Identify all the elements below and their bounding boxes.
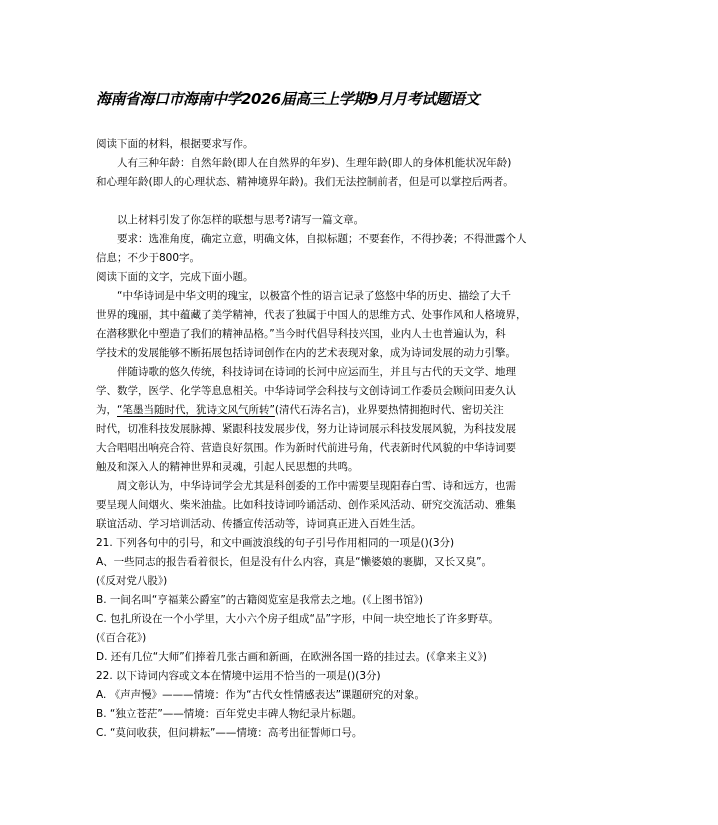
paragraph-line: “中华诗词是中华文明的瑰宝，以极富个性的语言记录了悠悠中华的历史、描绘了大千 [96,287,616,306]
question-option: A、一些同志的报告看着很长，但是没有什么内容，真是“懒婆娘的裹脚，又长又臭”。 [96,553,616,572]
paragraph-line: 联谊活动、学习培训活动、传播宣传活动等，诗词真正进入百姓生活。 [96,515,616,534]
underlined-quote: “笔墨当随时代，犹诗文风气所转” [117,404,275,416]
material-line: 人有三种年龄：自然年龄(即人在自然界的年岁)、生理年龄(即人的身体机能状况年龄) [96,154,616,173]
material-line: 和心理年龄(即人的心理状态、精神境界年龄)。我们无法控制前者，但是可以掌控后两者… [96,173,616,192]
question-stem: 21. 下列各句中的引号，和文中画波浪线的句子引号作用相同的一项是()(3分) [96,534,616,553]
paragraph-line: 周文彰认为，中华诗词学会尤其是科创委的工作中需要呈现阳春白雪、诗和远方，也需 [96,477,616,496]
paragraph-line: 在潜移默化中塑造了我们的精神品格。”当今时代倡导科技兴国，业内人士也普遍认为，科 [96,325,616,344]
writing-instruction: 阅读下面的材料，根据要求写作。 [96,135,616,154]
document-page: 海南省海口市海南中学2026届高三上学期9月月考试题语文 阅读下面的材料，根据要… [0,0,718,825]
document-body: 阅读下面的材料，根据要求写作。 人有三种年龄：自然年龄(即人在自然界的年岁)、生… [96,135,616,743]
paragraph-line: 为，“笔墨当随时代，犹诗文风气所转”(清代石涛名言)，业界要热情拥抱时代、密切关… [96,401,616,420]
question-option: B. “独立苍茫”——情境：百年党史丰碑人物纪录片标题。 [96,705,616,724]
question-option: (《反对党八股》) [96,572,616,591]
question-option: C. “莫问收获，但问耕耘”——情境：高考出征誓师口号。 [96,724,616,743]
paragraph-line: 触及和深入人的精神世界和灵魂，引起人民思想的共鸣。 [96,458,616,477]
paragraph-line: 学技术的发展能够不断拓展包括诗词创作在内的艺术表现对象，成为诗词发展的动力引擎。 [96,344,616,363]
writing-prompt: 以上材料引发了你怎样的联想与思考?请写一篇文章。 [96,211,616,230]
document-title: 海南省海口市海南中学2026届高三上学期9月月考试题语文 [96,88,479,109]
question-option: B. 一间名叫“亨福莱公爵室”的古籍阅览室是我常去之地。(《上图书馆》) [96,591,616,610]
reading-instruction: 阅读下面的文字，完成下面小题。 [96,268,616,287]
question-option: (《百合花》) [96,629,616,648]
text-span: 为， [96,404,117,416]
question-option: D. 还有几位“大师”们捧着几张古画和新画，在欧洲各国一路的挂过去。(《拿来主义… [96,648,616,667]
paragraph-line: 要呈现人间烟火、柴米油盐。比如科技诗词吟诵活动、创作采风活动、研究交流活动、雅集 [96,496,616,515]
question-option: A. 《声声慢》———情境：作为“古代女性情感表达”课题研究的对象。 [96,686,616,705]
requirements-line: 信息；不少于800字。 [96,249,616,268]
paragraph-line: 世界的瑰丽，其中蕴藏了美学精神，代表了独属于中国人的思维方式、处事作风和人格境界… [96,306,616,325]
requirements-line: 要求：选准角度，确定立意，明确文体，自拟标题；不要套作，不得抄袭；不得泄露个人 [96,230,616,249]
paragraph-line: 大合唱唱出响亮合符、营造良好氛围。作为新时代前进号角，代表新时代风貌的中华诗词要 [96,439,616,458]
question-option: C. 包扎所设在一个小学里，大小六个房子组成“品”字形，中间一块空地长了许多野草… [96,610,616,629]
text-span: (清代石涛名言)，业界要热情拥抱时代、密切关注 [275,404,504,416]
paragraph-line: 学、数学，医学、化学等息息相关。中华诗词学会科技与文创诗词工作委员会顾问田麦久认 [96,382,616,401]
paragraph-line: 时代，切准科技发展脉搏、紧跟科技发展步伐，努力让诗词展示科技发展风貌，为科技发展 [96,420,616,439]
spacer [96,192,616,211]
question-stem: 22. 以下诗词内容或文本在情境中运用不恰当的一项是()(3分) [96,667,616,686]
paragraph-line: 伴随诗歌的悠久传统，科技诗词在诗词的长河中应运而生，并且与古代的天文学、地理 [96,363,616,382]
